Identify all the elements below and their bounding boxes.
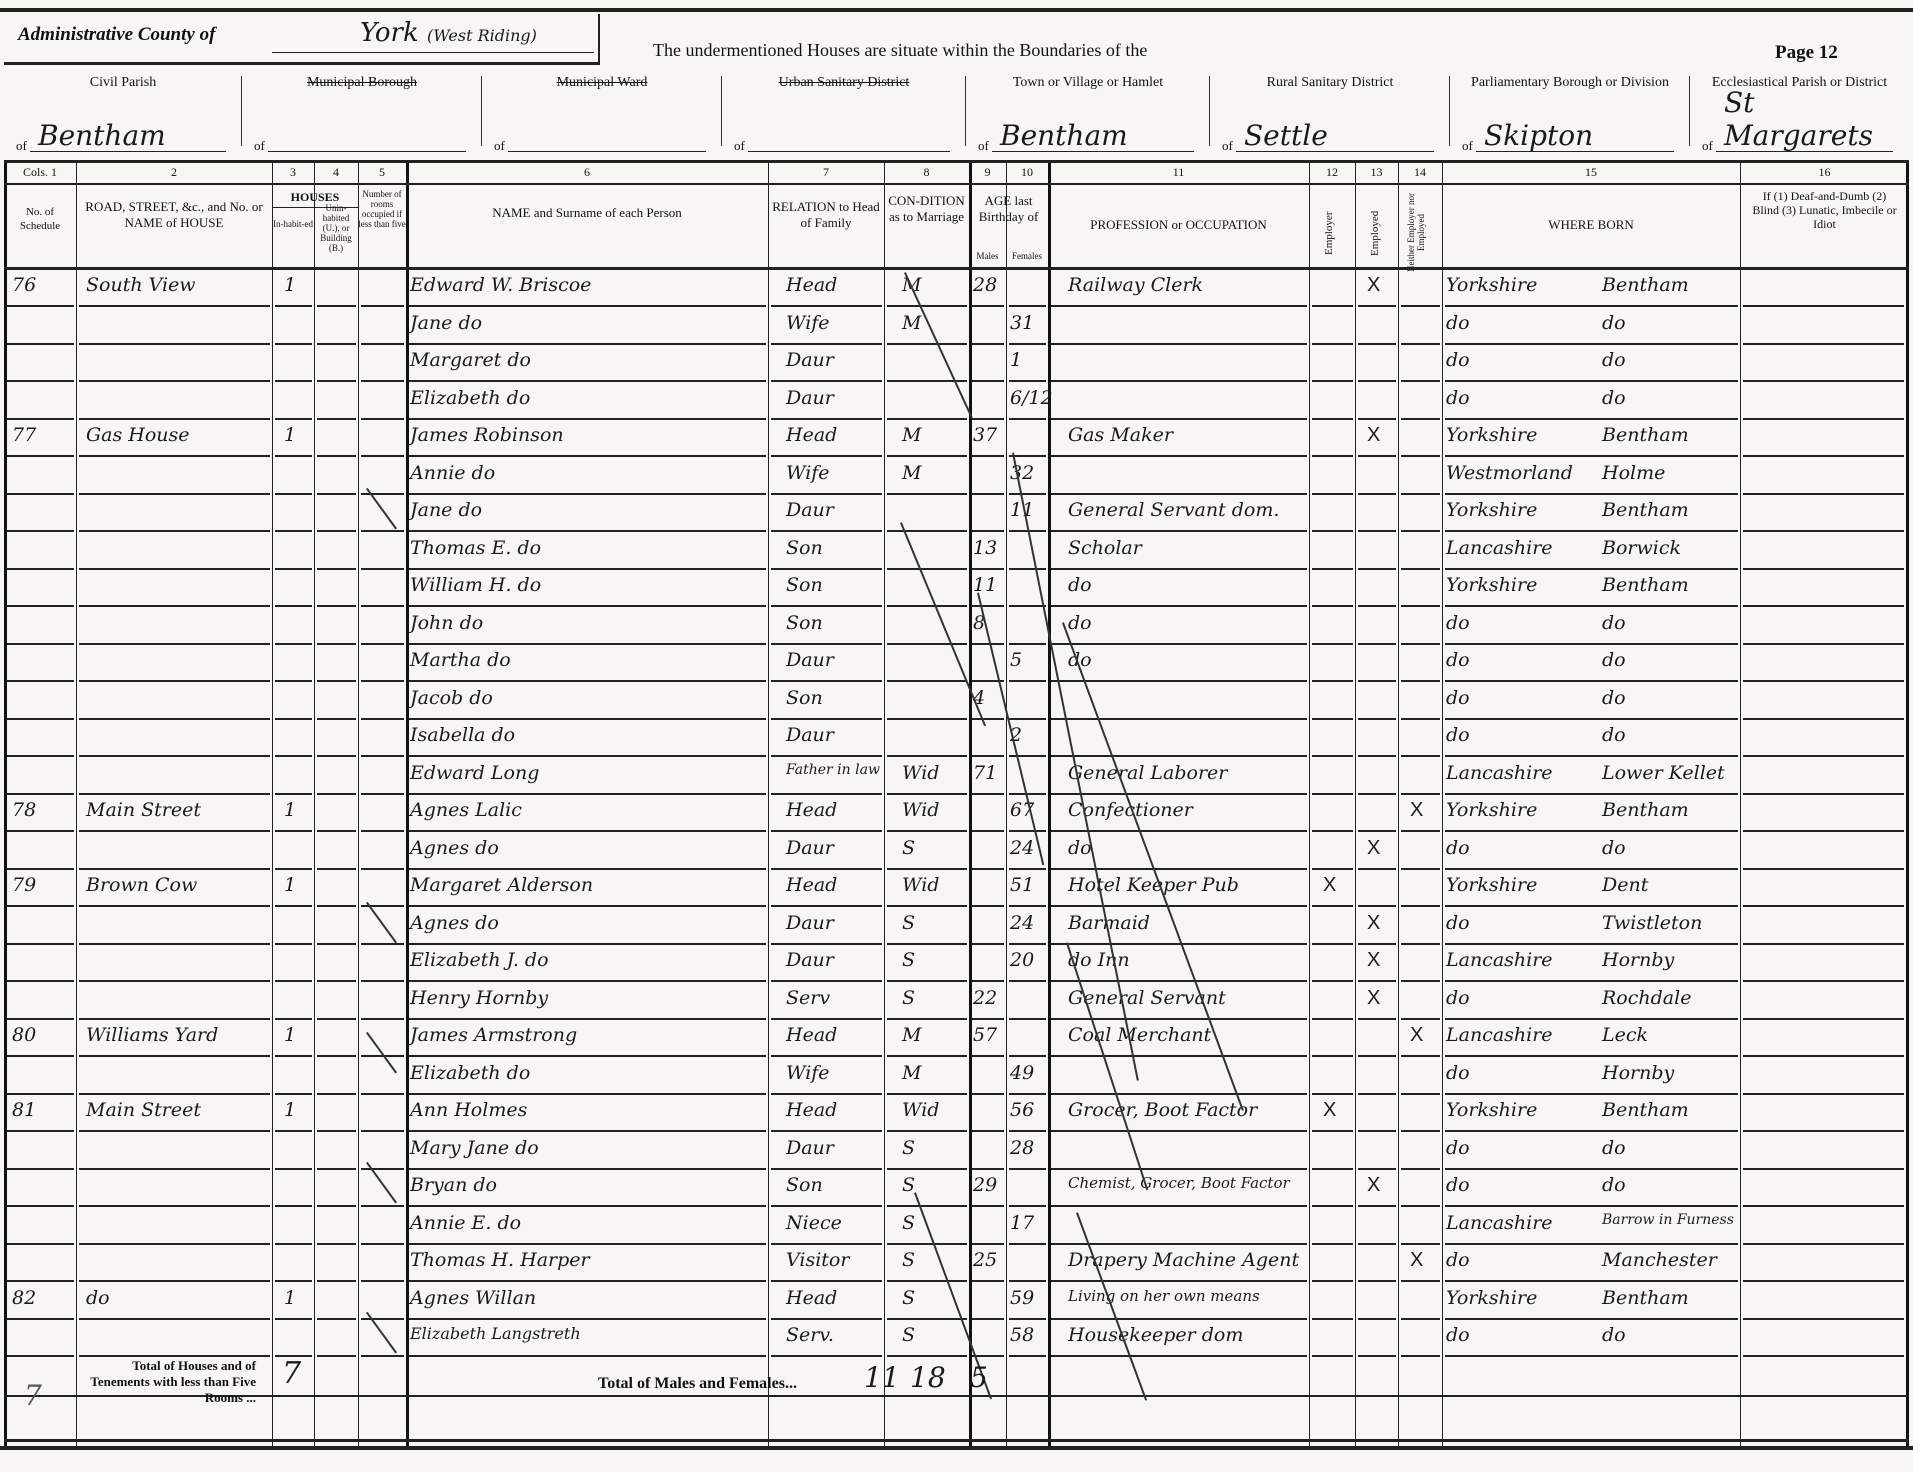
district-label: Rural Sanitary District <box>1210 74 1450 91</box>
relation-cell: Head <box>786 799 837 821</box>
born-place-cell: Dent <box>1602 874 1648 896</box>
relation-cell: Daur <box>786 912 834 934</box>
born-county-cell: Yorkshire <box>1446 274 1537 296</box>
column-number: 16 <box>1740 165 1909 180</box>
census-grid: Cols. 12345678910111213141516No. of Sche… <box>4 163 1909 1446</box>
born-county-cell: do <box>1446 837 1470 859</box>
born-county-cell: do <box>1446 1137 1470 1159</box>
totals-footer: 7 Total of Houses and of Tenements with … <box>4 1348 1909 1446</box>
born-place-cell: Bentham <box>1602 574 1689 596</box>
born-county-cell: Lancashire <box>1446 949 1553 971</box>
females-total-value: 18 <box>910 1370 946 1386</box>
census-row: Agnes doDaurS24BarmaidXdoTwistleton <box>4 908 1909 945</box>
header-rooms: Number of rooms occupied if less than fi… <box>358 189 406 229</box>
header-females: Females <box>1006 251 1048 261</box>
district-line <box>268 151 466 152</box>
district-of: of <box>1702 138 1713 154</box>
female-age-cell: 24 <box>1010 837 1034 859</box>
bottom-border <box>0 1446 1913 1450</box>
employed-cell: X <box>1367 274 1380 297</box>
name-cell: Elizabeth J. do <box>410 949 549 971</box>
employed-cell: X <box>1367 424 1380 447</box>
born-county-cell: Yorkshire <box>1446 1099 1537 1121</box>
column-number: 11 <box>1048 165 1309 180</box>
schedule-cell: 81 <box>12 1099 36 1121</box>
census-row: 80Williams Yard1James ArmstrongHeadM57Co… <box>4 1020 1909 1057</box>
road-cell: Brown Cow <box>86 874 197 896</box>
inhabited-cell: 1 <box>284 799 296 821</box>
born-place-cell: Bentham <box>1602 799 1689 821</box>
female-age-cell: 59 <box>1010 1287 1034 1309</box>
houses-subrule <box>272 207 358 208</box>
born-county-cell: do <box>1446 987 1470 1009</box>
road-cell: South View <box>86 274 196 296</box>
admin-county-line <box>272 52 594 53</box>
born-county-cell: Yorkshire <box>1446 874 1537 896</box>
born-place-cell: Leck <box>1602 1024 1648 1046</box>
condition-cell: S <box>902 1212 915 1234</box>
male-age-cell: 57 <box>973 1024 997 1046</box>
census-row: Bryan doSonS29Chemist, Grocer, Boot Fact… <box>4 1170 1909 1207</box>
district-field-7: Ecclesiastical Parish or DistrictofSt Ma… <box>1690 66 1909 160</box>
born-place-cell: do <box>1602 1174 1626 1196</box>
relation-cell: Niece <box>786 1212 842 1234</box>
condition-cell: M <box>902 424 921 446</box>
district-field-1: Municipal Boroughof <box>242 66 482 160</box>
relation-cell: Visitor <box>786 1249 849 1271</box>
census-row: Jacob doSon4dodo <box>4 683 1909 720</box>
name-cell: James Armstrong <box>410 1024 577 1046</box>
district-field-5: Rural Sanitary DistrictofSettle <box>1210 66 1450 160</box>
male-age-cell: 13 <box>973 537 997 559</box>
occupation-cell: do <box>1068 574 1092 596</box>
condition-cell: S <box>902 1287 915 1309</box>
female-age-cell: 17 <box>1010 1212 1034 1234</box>
occupation-cell: Coal Merchant <box>1068 1024 1211 1046</box>
born-place-cell: Borwick <box>1602 537 1681 559</box>
census-row: Edward LongFather in lawWid71General Lab… <box>4 758 1909 795</box>
name-cell: Agnes Lalic <box>410 799 522 821</box>
column-number: 6 <box>406 165 768 180</box>
condition-cell: S <box>902 912 915 934</box>
district-label: Parliamentary Borough or Division <box>1450 74 1690 91</box>
district-of: of <box>1462 138 1473 154</box>
condition-cell: S <box>902 1137 915 1159</box>
column-number: 9 <box>969 165 1006 180</box>
relation-cell: Son <box>786 574 823 596</box>
district-row: Civil ParishofBenthamMunicipal Boroughof… <box>4 66 1909 163</box>
neither-cell: X <box>1410 799 1423 822</box>
name-cell: Margaret Alderson <box>410 874 593 896</box>
born-place-cell: Barrow in Furness <box>1602 1212 1734 1228</box>
occupation-cell: General Servant dom. <box>1068 499 1279 521</box>
district-of: of <box>16 138 27 154</box>
employed-cell: X <box>1367 912 1380 935</box>
name-cell: Thomas E. do <box>410 537 541 559</box>
condition-cell: M <box>902 1024 921 1046</box>
born-place-cell: Holme <box>1602 462 1665 484</box>
header-infirmity: If (1) Deaf-and-Dumb (2) Blind (3) Lunat… <box>1748 189 1901 231</box>
name-cell: Edward W. Briscoe <box>410 274 591 296</box>
column-number: 15 <box>1442 165 1740 180</box>
condition-cell: Wid <box>902 799 939 821</box>
schedule-cell: 77 <box>12 424 36 446</box>
district-of: of <box>978 138 989 154</box>
occupation-cell: Drapery Machine Agent <box>1068 1249 1299 1271</box>
occupation-cell: do <box>1068 612 1092 634</box>
male-age-cell: 25 <box>973 1249 997 1271</box>
relation-cell: Daur <box>786 349 834 371</box>
name-cell: Agnes do <box>410 837 499 859</box>
condition-cell: M <box>902 312 921 334</box>
relation-cell: Head <box>786 1287 837 1309</box>
census-row: William H. doSon11doYorkshireBentham <box>4 570 1909 607</box>
census-row: Mary Jane doDaurS28dodo <box>4 1133 1909 1170</box>
header-uninhabited: Unin-habited (U.), or Building (B.) <box>314 203 358 253</box>
name-cell: John do <box>410 612 483 634</box>
district-value: Bentham <box>1000 119 1128 152</box>
female-age-cell: 56 <box>1010 1099 1034 1121</box>
census-row: Annie doWifeM32WestmorlandHolme <box>4 458 1909 495</box>
admin-county-value: York (West Riding) <box>360 18 537 48</box>
born-place-cell: Bentham <box>1602 1099 1689 1121</box>
name-cell: Bryan do <box>410 1174 497 1196</box>
inhabited-cell: 1 <box>284 874 296 896</box>
district-line <box>748 151 950 152</box>
census-row: 82do1Agnes WillanHeadS59Living on her ow… <box>4 1283 1909 1320</box>
born-county-cell: Yorkshire <box>1446 499 1537 521</box>
male-age-cell: 28 <box>973 274 997 296</box>
census-row: 77Gas House1James RobinsonHeadM37Gas Mak… <box>4 420 1909 457</box>
road-cell: Williams Yard <box>86 1024 218 1046</box>
district-of: of <box>254 138 265 154</box>
female-age-cell: 31 <box>1010 312 1034 334</box>
census-row: Thomas E. doSon13ScholarLancashireBorwic… <box>4 533 1909 570</box>
name-cell: Henry Hornby <box>410 987 548 1009</box>
occupation-tally: 5 <box>970 1370 988 1386</box>
census-row: Thomas H. HarperVisitorS25Drapery Machin… <box>4 1245 1909 1282</box>
born-place-cell: Lower Kellet <box>1602 762 1725 784</box>
header-road: ROAD, STREET, &c., and No. or NAME of HO… <box>80 199 268 231</box>
header-employer: Employer <box>1321 193 1343 273</box>
name-cell: Jane do <box>410 312 482 334</box>
condition-cell: Wid <box>902 1099 939 1121</box>
born-place-cell: do <box>1602 387 1626 409</box>
born-county-cell: do <box>1446 1324 1470 1346</box>
born-county-cell: do <box>1446 1249 1470 1271</box>
born-county-cell: do <box>1446 649 1470 671</box>
header-males: Males <box>969 251 1006 261</box>
column-number: Cols. 1 <box>4 165 76 180</box>
header-inhabited: In-habit-ed <box>272 219 314 229</box>
born-county-cell: do <box>1446 349 1470 371</box>
born-place-cell: Bentham <box>1602 499 1689 521</box>
born-county-cell: do <box>1446 387 1470 409</box>
relation-cell: Father in law <box>786 762 880 778</box>
district-label: Urban Sanitary District <box>722 74 966 91</box>
employed-cell: X <box>1367 1174 1380 1197</box>
census-row: 76South View1Edward W. BriscoeHeadM28Rai… <box>4 270 1909 307</box>
name-cell: Agnes Willan <box>410 1287 536 1309</box>
district-label: Municipal Ward <box>482 74 722 91</box>
female-age-cell: 24 <box>1010 912 1034 934</box>
occupation-cell: Living on her own means <box>1068 1287 1260 1305</box>
born-county-cell: Yorkshire <box>1446 1287 1537 1309</box>
born-county-cell: do <box>1446 312 1470 334</box>
census-row: 78Main Street1Agnes LalicHeadWid67Confec… <box>4 795 1909 832</box>
road-cell: Main Street <box>86 799 201 821</box>
relation-cell: Daur <box>786 1137 834 1159</box>
column-number: 10 <box>1006 165 1048 180</box>
born-place-cell: Twistleton <box>1602 912 1702 934</box>
schedule-cell: 78 <box>12 799 36 821</box>
employer-cell: X <box>1323 874 1336 897</box>
born-county-cell: Lancashire <box>1446 1212 1553 1234</box>
condition-cell: Wid <box>902 874 939 896</box>
admin-county-label: Administrative County of <box>18 24 215 46</box>
name-cell: Ann Holmes <box>410 1099 527 1121</box>
district-field-3: Urban Sanitary Districtof <box>722 66 966 160</box>
district-value: Skipton <box>1484 119 1593 152</box>
male-age-cell: 22 <box>973 987 997 1009</box>
name-cell: Mary Jane do <box>410 1137 539 1159</box>
condition-cell: S <box>902 1249 915 1271</box>
born-county-cell: Westmorland <box>1446 462 1573 484</box>
census-row: Margaret doDaur1dodo <box>4 345 1909 382</box>
road-cell: Gas House <box>86 424 190 446</box>
name-cell: Margaret do <box>410 349 531 371</box>
born-place-cell: do <box>1602 837 1626 859</box>
district-value: Bentham <box>38 119 166 152</box>
houses-total-label: Total of Houses and of Tenements with le… <box>86 1358 256 1406</box>
relation-cell: Son <box>786 537 823 559</box>
census-row: Elizabeth J. doDaurS20do InnXLancashireH… <box>4 945 1909 982</box>
born-county-cell: Lancashire <box>1446 1024 1553 1046</box>
name-cell: Jane do <box>410 499 482 521</box>
census-row: Henry HornbyServS22General ServantXdoRoc… <box>4 983 1909 1020</box>
relation-cell: Head <box>786 274 837 296</box>
condition-cell: M <box>902 462 921 484</box>
name-cell: Annie E. do <box>410 1212 521 1234</box>
born-place-cell: Bentham <box>1602 274 1689 296</box>
top-border <box>0 8 1913 12</box>
born-place-cell: Manchester <box>1602 1249 1717 1271</box>
column-number: 3 <box>272 165 314 180</box>
margin-tally: 7 <box>24 1388 42 1404</box>
name-cell: Elizabeth do <box>410 1062 530 1084</box>
census-row: Isabella doDaur2dodo <box>4 720 1909 757</box>
column-number: 13 <box>1355 165 1398 180</box>
census-page: Administrative County of York (West Ridi… <box>0 0 1913 1472</box>
district-field-2: Municipal Wardof <box>482 66 722 160</box>
relation-cell: Wife <box>786 1062 830 1084</box>
born-place-cell: do <box>1602 1324 1626 1346</box>
born-place-cell: do <box>1602 612 1626 634</box>
relation-cell: Daur <box>786 499 834 521</box>
born-county-cell: Yorkshire <box>1446 424 1537 446</box>
condition-cell: S <box>902 837 915 859</box>
employed-cell: X <box>1367 949 1380 972</box>
census-row: Elizabeth doWifeM49doHornby <box>4 1058 1909 1095</box>
column-number: 4 <box>314 165 358 180</box>
relation-cell: Son <box>786 1174 823 1196</box>
born-place-cell: do <box>1602 687 1626 709</box>
occupation-cell: Housekeeper dom <box>1068 1324 1243 1346</box>
district-value: St Margarets <box>1724 86 1909 152</box>
census-row: 81Main Street1Ann HolmesHeadWid56Grocer,… <box>4 1095 1909 1132</box>
relation-cell: Daur <box>786 837 834 859</box>
name-cell: James Robinson <box>410 424 564 446</box>
schedule-cell: 76 <box>12 274 36 296</box>
header-occupation: PROFESSION or OCCUPATION <box>1048 217 1309 233</box>
neither-cell: X <box>1410 1249 1423 1272</box>
female-age-cell: 1 <box>1010 349 1022 371</box>
name-cell: Annie do <box>410 462 495 484</box>
name-cell: Jacob do <box>410 687 493 709</box>
born-place-cell: Hornby <box>1602 1062 1674 1084</box>
born-county-cell: Yorkshire <box>1446 799 1537 821</box>
name-cell: Thomas H. Harper <box>410 1249 590 1271</box>
name-cell: Elizabeth Langstreth <box>410 1324 581 1343</box>
born-place-cell: do <box>1602 649 1626 671</box>
relation-cell: Head <box>786 1099 837 1121</box>
occupation-cell: Grocer, Boot Factor <box>1068 1099 1257 1121</box>
born-place-cell: Hornby <box>1602 949 1674 971</box>
name-cell: Martha do <box>410 649 511 671</box>
inhabited-cell: 1 <box>284 1099 296 1121</box>
female-age-cell: 58 <box>1010 1324 1034 1346</box>
column-number: 5 <box>358 165 406 180</box>
born-county-cell: Yorkshire <box>1446 574 1537 596</box>
inhabited-cell: 1 <box>284 1287 296 1309</box>
name-cell: Isabella do <box>410 724 515 746</box>
inhabited-cell: 1 <box>284 424 296 446</box>
born-place-cell: do <box>1602 724 1626 746</box>
relation-cell: Head <box>786 874 837 896</box>
occupation-cell: Gas Maker <box>1068 424 1173 446</box>
female-age-cell: 20 <box>1010 949 1034 971</box>
relation-cell: Daur <box>786 724 834 746</box>
employed-cell: X <box>1367 987 1380 1010</box>
female-age-cell: 5 <box>1010 649 1022 671</box>
schedule-cell: 80 <box>12 1024 36 1046</box>
page-number: Page 12 <box>1775 42 1838 64</box>
condition-cell: S <box>902 949 915 971</box>
column-number: 12 <box>1309 165 1355 180</box>
boundaries-heading: The undermentioned Houses are situate wi… <box>653 40 1147 61</box>
female-age-cell: 51 <box>1010 874 1034 896</box>
relation-cell: Son <box>786 612 823 634</box>
census-row: Jane doWifeM31dodo <box>4 308 1909 345</box>
district-field-0: Civil ParishofBentham <box>4 66 242 160</box>
born-place-cell: Rochdale <box>1602 987 1691 1009</box>
born-county-cell: do <box>1446 687 1470 709</box>
district-of: of <box>1222 138 1233 154</box>
district-line <box>508 151 706 152</box>
relation-cell: Serv. <box>786 1324 834 1346</box>
relation-cell: Daur <box>786 387 834 409</box>
born-place-cell: do <box>1602 312 1626 334</box>
census-row: 79Brown Cow1Margaret AldersonHeadWid51Ho… <box>4 870 1909 907</box>
born-place-cell: Bentham <box>1602 1287 1689 1309</box>
born-place-cell: do <box>1602 1137 1626 1159</box>
district-value: Settle <box>1244 119 1328 152</box>
column-number: 7 <box>768 165 884 180</box>
column-number: 14 <box>1398 165 1442 180</box>
schedule-cell: 82 <box>12 1287 36 1309</box>
census-row: Annie E. doNieceS17LancashireBarrow in F… <box>4 1208 1909 1245</box>
header-age: AGE last Birthday of <box>969 193 1048 225</box>
district-label: Town or Village or Hamlet <box>966 74 1210 91</box>
male-age-cell: 37 <box>973 424 997 446</box>
road-cell: Main Street <box>86 1099 201 1121</box>
neither-cell: X <box>1410 1024 1423 1047</box>
census-row: Jane doDaur11General Servant dom.Yorkshi… <box>4 495 1909 532</box>
born-county-cell: Lancashire <box>1446 537 1553 559</box>
houses-total-value: 7 <box>282 1366 301 1382</box>
born-place-cell: Bentham <box>1602 424 1689 446</box>
born-county-cell: do <box>1446 1174 1470 1196</box>
occupation-cell: General Laborer <box>1068 762 1227 784</box>
relation-cell: Wife <box>786 312 830 334</box>
occupation-cell: Chemist, Grocer, Boot Factor <box>1068 1174 1290 1192</box>
occupation-cell: Scholar <box>1068 537 1142 559</box>
header-neither: Neither Employer nor Employed <box>1406 193 1436 273</box>
occupation-cell: Railway Clerk <box>1068 274 1203 296</box>
relation-cell: Serv <box>786 987 830 1009</box>
female-age-cell: 49 <box>1010 1062 1034 1084</box>
header-employed: Employed <box>1367 193 1387 273</box>
census-row: Martha doDaur5dododo <box>4 645 1909 682</box>
female-age-cell: 6/12 <box>1010 387 1053 409</box>
header-condition: CON-DITION as to Marriage <box>886 193 967 225</box>
born-county-cell: Lancashire <box>1446 762 1553 784</box>
census-row: John doSon8dododo <box>4 608 1909 645</box>
persons-total-label: Total of Males and Females... <box>598 1376 797 1392</box>
header-schedule: No. of Schedule <box>6 205 74 233</box>
road-cell: do <box>86 1287 110 1309</box>
born-county-cell: do <box>1446 612 1470 634</box>
condition-cell: M <box>902 1062 921 1084</box>
relation-cell: Wife <box>786 462 830 484</box>
header-where_born: WHERE BORN <box>1442 217 1740 233</box>
born-place-cell: do <box>1602 349 1626 371</box>
name-cell: Elizabeth do <box>410 387 530 409</box>
district-label: Municipal Borough <box>242 74 482 91</box>
district-label: Civil Parish <box>4 74 242 91</box>
condition-cell: S <box>902 1324 915 1346</box>
female-age-cell: 28 <box>1010 1137 1034 1159</box>
header-relation: RELATION to Head of Family <box>770 199 882 231</box>
employed-cell: X <box>1367 837 1380 860</box>
district-field-6: Parliamentary Borough or DivisionofSkipt… <box>1450 66 1690 160</box>
relation-cell: Daur <box>786 949 834 971</box>
name-cell: William H. do <box>410 574 541 596</box>
district-field-4: Town or Village or HamletofBentham <box>966 66 1210 160</box>
male-age-cell: 71 <box>973 762 997 784</box>
district-of: of <box>494 138 505 154</box>
name-cell: Edward Long <box>410 762 539 784</box>
born-county-cell: do <box>1446 912 1470 934</box>
condition-cell: S <box>902 987 915 1009</box>
born-county-cell: do <box>1446 1062 1470 1084</box>
relation-cell: Head <box>786 424 837 446</box>
occupation-cell: Hotel Keeper Pub <box>1068 874 1239 896</box>
column-number: 2 <box>76 165 272 180</box>
relation-cell: Son <box>786 687 823 709</box>
header-name: NAME and Surname of each Person <box>436 205 738 221</box>
condition-cell: Wid <box>902 762 939 784</box>
